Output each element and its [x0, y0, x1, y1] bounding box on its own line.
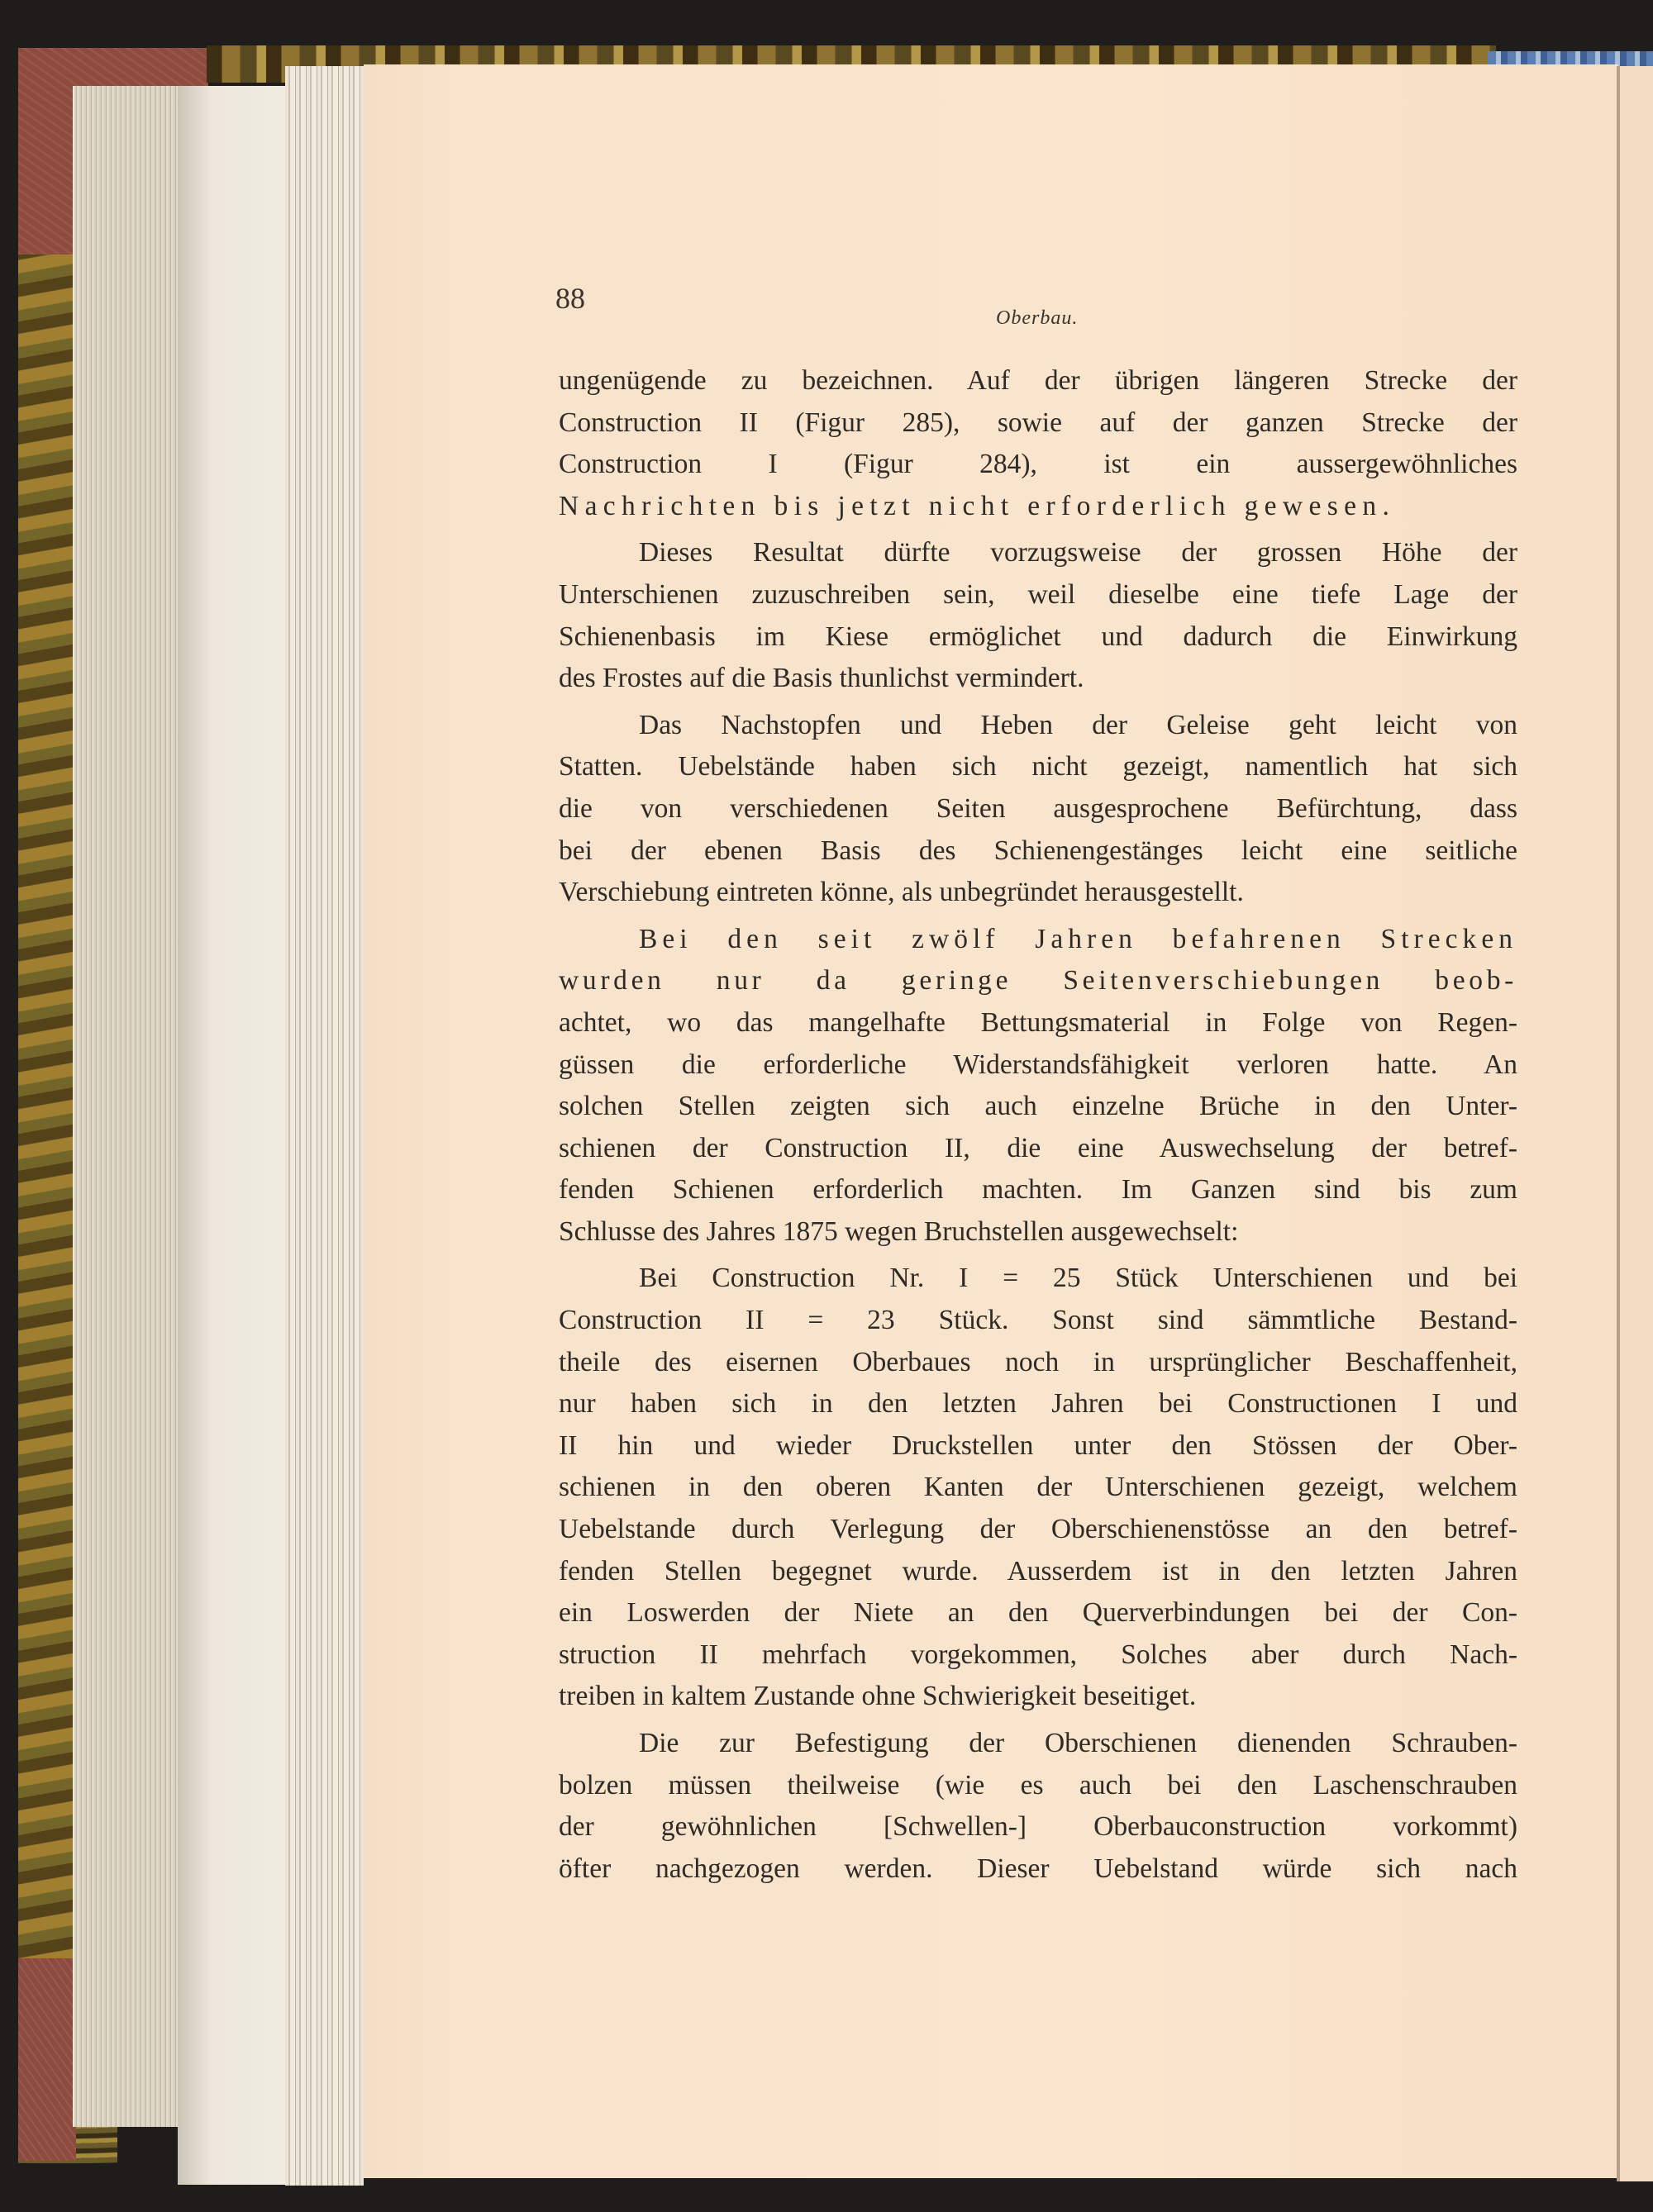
text-line: Nachrichten bis jetzt nicht erforderlich… [559, 486, 1517, 528]
paragraph: Die zur Befestigung der Oberschienen die… [559, 1723, 1517, 1890]
paragraph: Bei Construction Nr. I = 25 Stück Unters… [559, 1258, 1517, 1718]
flyleaf [178, 86, 285, 2185]
text-line: struction II mehrfach vorgekommen, Solch… [559, 1634, 1517, 1677]
text-line: ein Loswerden der Niete an den Querverbi… [559, 1592, 1517, 1634]
text-line: güssen die erforderliche Widerstandsfähi… [559, 1044, 1517, 1087]
text-line: Schlusse des Jahres 1875 wegen Bruchstel… [559, 1211, 1517, 1253]
text-line: fenden Stellen begegnet wurde. Ausserdem… [559, 1551, 1517, 1593]
text-line: bolzen müssen theilweise (wie es auch be… [559, 1765, 1517, 1807]
text-line: der gewöhnlichen [Schwellen-] Oberbaucon… [559, 1806, 1517, 1848]
text-line: Bei Construction Nr. I = 25 Stück Unters… [559, 1258, 1517, 1300]
body-text: ungenügende zu bezeichnen. Auf der übrig… [559, 360, 1517, 1890]
text-line: des Frostes auf die Basis thunlichst ver… [559, 658, 1517, 700]
text-line: treiben in kaltem Zustande ohne Schwieri… [559, 1676, 1517, 1718]
text-line: theile des eisernen Oberbaues noch in ur… [559, 1342, 1517, 1384]
text-line: II hin und wieder Druckstellen unter den… [559, 1425, 1517, 1468]
text-line: fenden Schienen erforderlich machten. Im… [559, 1169, 1517, 1211]
paragraph: ungenügende zu bezeichnen. Auf der übrig… [559, 360, 1517, 527]
paragraph: Dieses Resultat dürfte vorzugsweise der … [559, 532, 1517, 699]
text-line: nur haben sich in den letzten Jahren bei… [559, 1383, 1517, 1425]
text-line: Schienenbasis im Kiese ermöglichet und d… [559, 616, 1517, 659]
paragraph: Bei den seit zwölf Jahren befahrenen Str… [559, 919, 1517, 1253]
text-line: Das Nachstopfen und Heben der Geleise ge… [559, 705, 1517, 747]
text-line: schienen in den oberen Kanten der Unters… [559, 1467, 1517, 1509]
leather-corner-bottom [18, 1958, 76, 2161]
text-line: Statten. Uebelstände haben sich nicht ge… [559, 746, 1517, 788]
text-line: Uebelstande durch Verlegung der Oberschi… [559, 1509, 1517, 1551]
text-line: ungenügende zu bezeichnen. Auf der übrig… [559, 360, 1517, 402]
text-line: schienen der Construction II, die eine A… [559, 1128, 1517, 1170]
text-line: Construction II (Figur 285), sowie auf d… [559, 402, 1517, 445]
running-head: Oberbau. [996, 307, 1078, 330]
text-line: Construction II = 23 Stück. Sonst sind s… [559, 1300, 1517, 1342]
next-page-edge [1620, 66, 1653, 2181]
text-line: Unterschienen zuzuschreiben sein, weil d… [559, 574, 1517, 616]
text-line: wurden nur da geringe Seitenverschiebung… [559, 960, 1517, 1002]
page-edge-stack [285, 66, 364, 2186]
page-gutter-line [1617, 66, 1620, 2181]
text-line: achtet, wo das mangelhafte Bettungsmater… [559, 1002, 1517, 1044]
text-line: Bei den seit zwölf Jahren befahrenen Str… [559, 919, 1517, 961]
page-number: 88 [555, 281, 585, 316]
text-line: Verschiebung eintreten könne, als unbegr… [559, 872, 1517, 914]
text-line: öfter nachgezogen werden. Dieser Uebelst… [559, 1848, 1517, 1891]
text-line: Construction I (Figur 284), ist ein auss… [559, 444, 1517, 486]
left-page-stack [73, 86, 182, 2127]
marbled-cover-paper [18, 248, 76, 1958]
text-line: Dieses Resultat dürfte vorzugsweise der … [559, 532, 1517, 574]
text-line: die von verschiedenen Seiten ausgesproch… [559, 788, 1517, 830]
paragraph: Das Nachstopfen und Heben der Geleise ge… [559, 705, 1517, 914]
text-line: bei der ebenen Basis des Schienengestäng… [559, 830, 1517, 873]
text-line: Die zur Befestigung der Oberschienen die… [559, 1723, 1517, 1765]
text-line: solchen Stellen zeigten sich auch einzel… [559, 1086, 1517, 1128]
